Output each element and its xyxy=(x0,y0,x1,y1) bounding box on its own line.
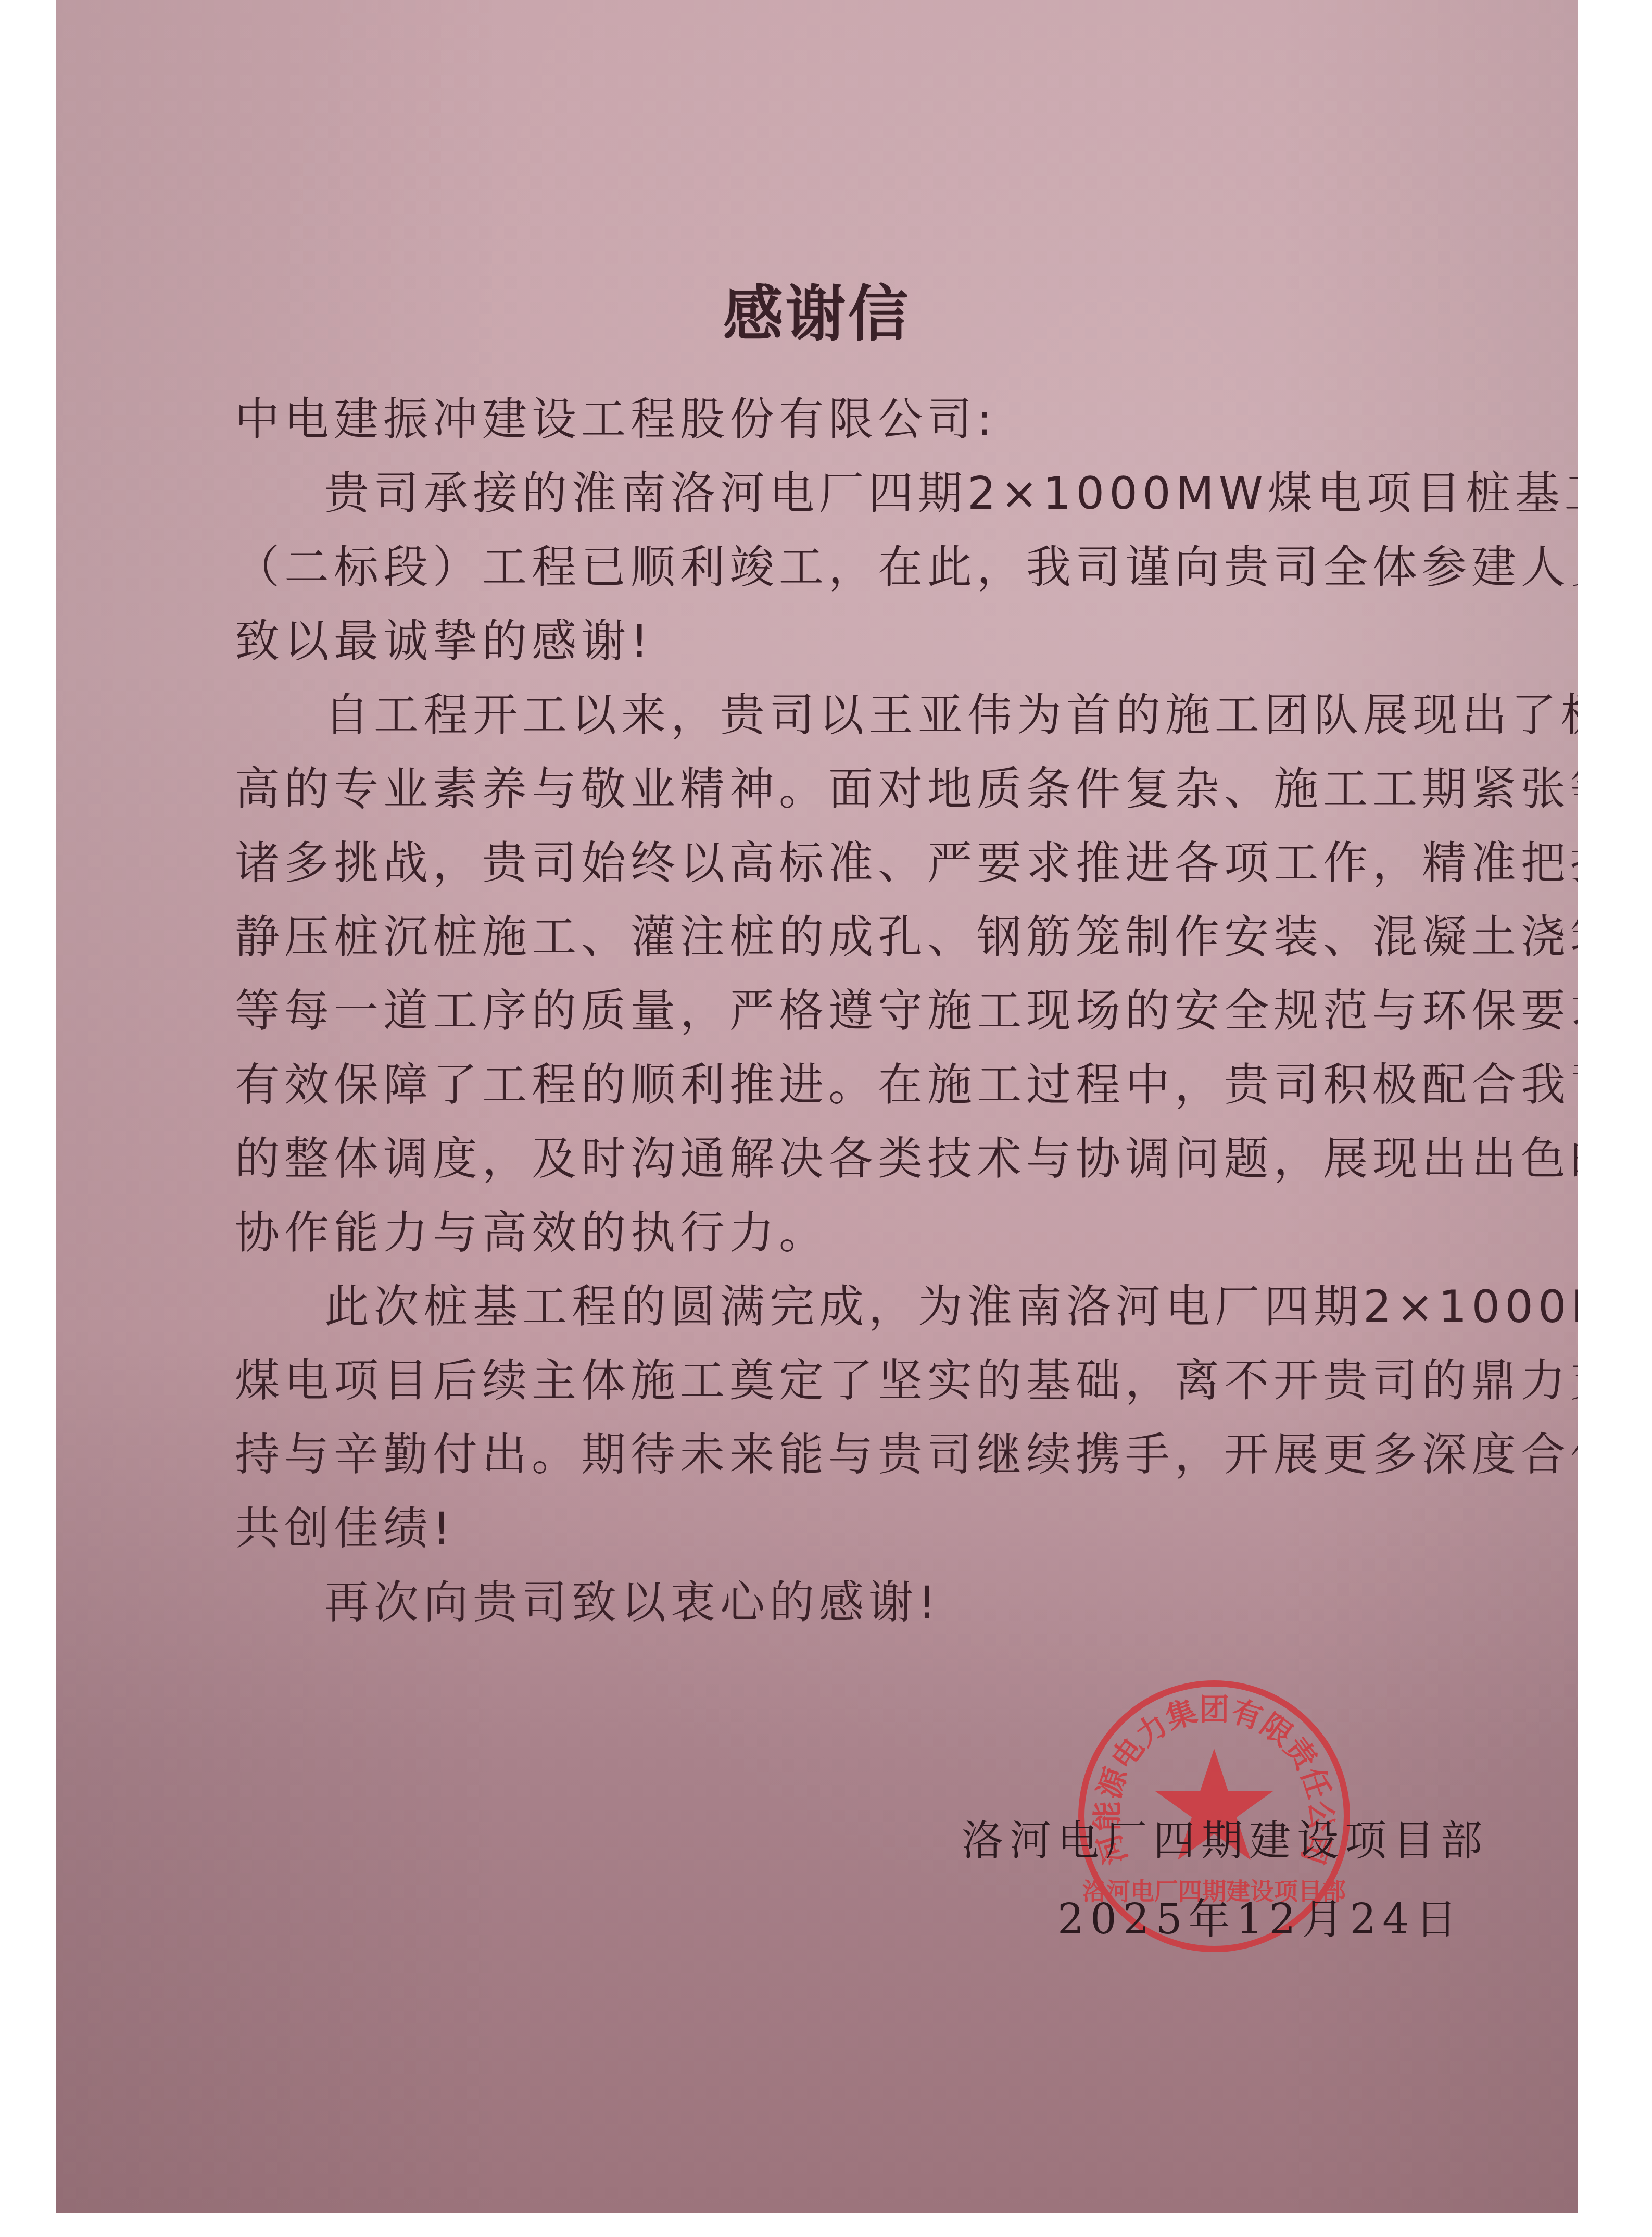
text-line: 贵司承接的淮南洛河电厂四期2×1000MW煤电项目桩基工程 xyxy=(235,457,1516,531)
text-line: 自工程开工以来，贵司以王亚伟为首的施工团队展现出了极 xyxy=(235,678,1516,752)
paragraph-4: 再次向贵司致以衷心的感谢! xyxy=(235,1566,1516,1640)
letter-title: 感谢信 xyxy=(56,266,1578,353)
text-line: 静压桩沉桩施工、灌注桩的成孔、钢筋笼制作安装、混凝土浇筑 xyxy=(235,900,1516,974)
letter-body: 中电建振冲建设工程股份有限公司: 贵司承接的淮南洛河电厂四期2×1000MW煤电… xyxy=(235,383,1516,1640)
salutation: 中电建振冲建设工程股份有限公司: xyxy=(235,383,1516,457)
letter-paper: 感谢信 中电建振冲建设工程股份有限公司: 贵司承接的淮南洛河电厂四期2×1000… xyxy=(56,0,1578,2213)
text-line: 此次桩基工程的圆满完成，为淮南洛河电厂四期2×1000MW xyxy=(235,1270,1516,1344)
paragraph-1: 贵司承接的淮南洛河电厂四期2×1000MW煤电项目桩基工程 （二标段）工程已顺利… xyxy=(235,457,1516,678)
text-line: 等每一道工序的质量，严格遵守施工现场的安全规范与环保要求， xyxy=(235,974,1516,1048)
paragraph-3: 此次桩基工程的圆满完成，为淮南洛河电厂四期2×1000MW 煤电项目后续主体施工… xyxy=(235,1270,1516,1566)
paragraph-2: 自工程开工以来，贵司以王亚伟为首的施工团队展现出了极 高的专业素养与敬业精神。面… xyxy=(235,678,1516,1270)
text-line: 煤电项目后续主体施工奠定了坚实的基础，离不开贵司的鼎力支 xyxy=(235,1344,1516,1418)
signature-block: 洛河电厂四期建设项目部 2025年12月24日 xyxy=(962,1807,1489,1945)
text-line: 持与辛勤付出。期待未来能与贵司继续携手，开展更多深度合作， xyxy=(235,1418,1516,1492)
text-line: 诸多挑战，贵司始终以高标准、严要求推进各项工作，精准把控 xyxy=(235,826,1516,900)
text-line: 有效保障了工程的顺利推进。在施工过程中，贵司积极配合我司 xyxy=(235,1048,1516,1122)
letter-date: 2025年12月24日 xyxy=(962,1886,1489,1945)
text-line: 的整体调度，及时沟通解决各类技术与协调问题，展现出出色的 xyxy=(235,1122,1516,1196)
signing-organization: 洛河电厂四期建设项目部 xyxy=(962,1807,1489,1867)
text-line: 再次向贵司致以衷心的感谢! xyxy=(235,1566,1516,1640)
text-line: 协作能力与高效的执行力。 xyxy=(235,1196,1516,1270)
text-line: 致以最诚挚的感谢! xyxy=(235,605,1516,678)
text-line: （二标段）工程已顺利竣工，在此，我司谨向贵司全体参建人员 xyxy=(235,531,1516,605)
text-line: 高的专业素养与敬业精神。面对地质条件复杂、施工工期紧张等 xyxy=(235,752,1516,826)
text-line: 共创佳绩! xyxy=(235,1492,1516,1566)
